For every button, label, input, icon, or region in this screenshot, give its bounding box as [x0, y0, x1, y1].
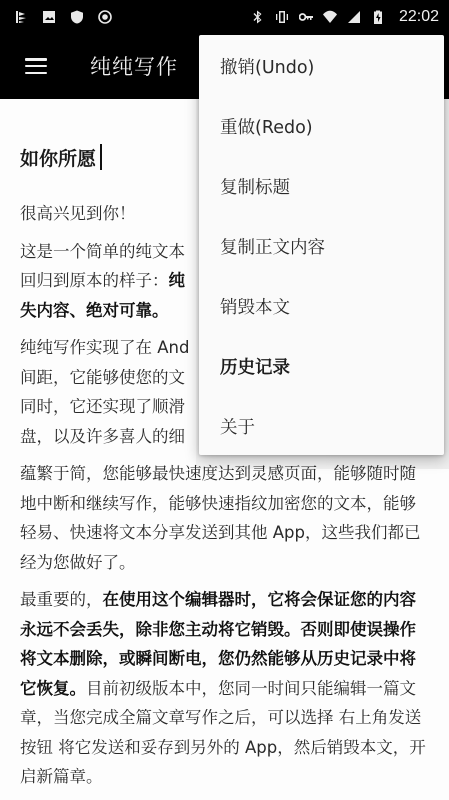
navigation-menu-button[interactable] — [0, 33, 72, 99]
image-icon — [42, 10, 56, 24]
status-time: 22:02 — [399, 8, 439, 26]
menu-item-copy-body[interactable]: 复制正文内容 — [199, 216, 444, 276]
paragraph-simplicity: 蕴繁于简，您能够最快速度达到灵感页面，能够随时随地中断和继续写作，能够快速指纹加… — [20, 459, 429, 577]
menu-item-undo[interactable]: 撤销(Undo) — [199, 36, 444, 96]
app-title: 纯纯写作 — [90, 51, 178, 81]
status-bar: 22:02 — [0, 0, 449, 33]
vibrate-icon — [275, 10, 289, 24]
menu-item-redo[interactable]: 重做(Redo) — [199, 96, 444, 156]
paragraph-reliability: 最重要的，在使用这个编辑器时，它将会保证您的内容永远不会丢失，除非您主动将它销毁… — [20, 585, 429, 792]
text-cursor — [100, 144, 102, 170]
vpn-key-icon — [299, 10, 313, 24]
document-title-text: 如你所愿 — [20, 144, 96, 171]
cellular-signal-icon — [347, 10, 361, 24]
status-left-icons — [14, 10, 112, 24]
menu-item-destroy-document[interactable]: 销毁本文 — [199, 276, 444, 336]
menu-item-about[interactable]: 关于 — [199, 396, 444, 456]
shield-icon — [70, 10, 84, 24]
wifi-icon — [323, 10, 337, 24]
menu-item-history[interactable]: 历史记录 — [199, 336, 444, 396]
battery-charging-icon — [371, 10, 385, 24]
overflow-menu: 撤销(Undo) 重做(Redo) 复制标题 复制正文内容 销毁本文 历史记录 … — [199, 35, 444, 455]
app-notification-icon — [14, 10, 28, 24]
status-right-icons: 22:02 — [251, 8, 439, 26]
bluetooth-icon — [251, 10, 265, 24]
record-icon — [98, 10, 112, 24]
hamburger-icon — [25, 58, 47, 74]
menu-item-copy-title[interactable]: 复制标题 — [199, 156, 444, 216]
